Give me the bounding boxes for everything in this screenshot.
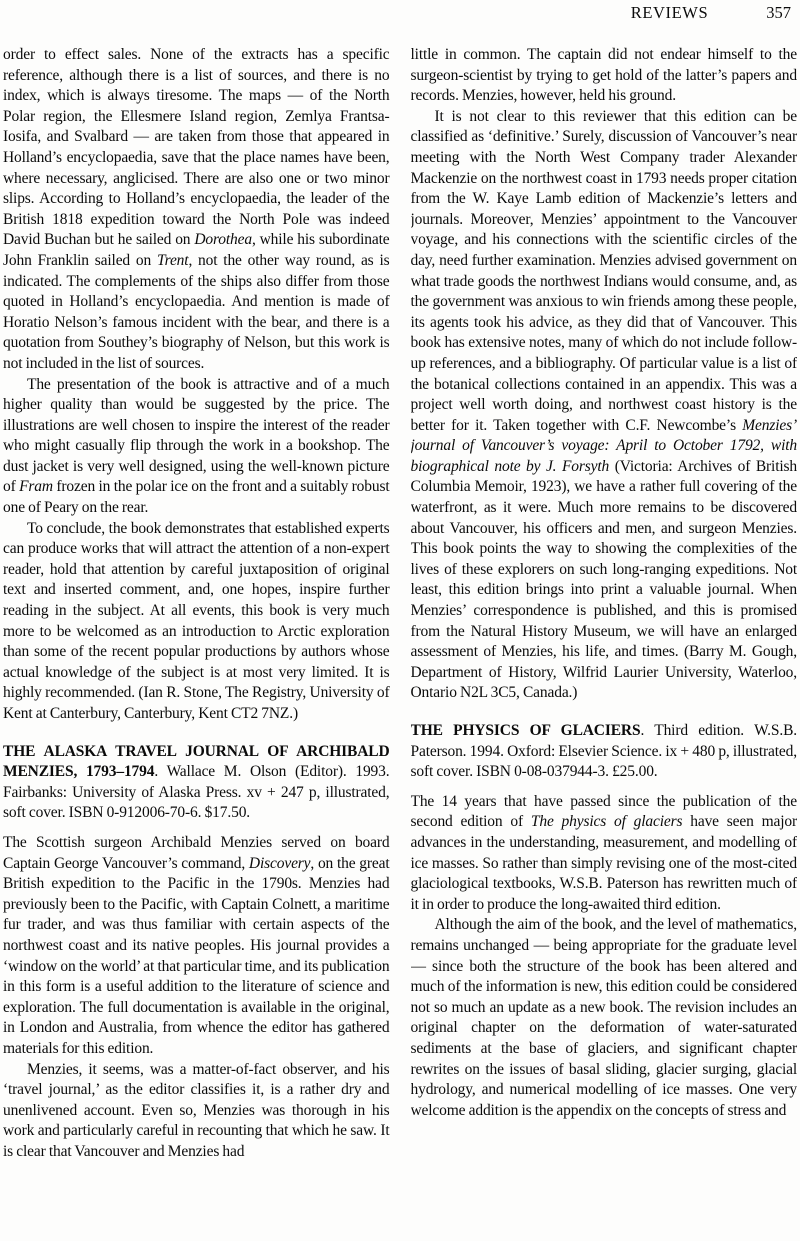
body-text: , not the other way round, as is indicat… — [3, 252, 390, 372]
review-paragraph: The 14 years that have passed since the … — [411, 792, 798, 916]
body-text: little in common. The captain did not en… — [411, 46, 798, 104]
book-citation: THE ALASKA TRAVEL JOURNAL OF ARCHIBALD M… — [3, 742, 390, 824]
body-text: order to effect sales. None of the extra… — [3, 46, 390, 248]
left-column: order to effect sales. None of the extra… — [3, 45, 390, 1241]
body-text: Although the aim of the book, and the le… — [411, 916, 798, 1118]
right-column: little in common. The captain did not en… — [411, 45, 798, 1241]
italic-text: Discovery — [249, 855, 310, 872]
review-paragraph: little in common. The captain did not en… — [411, 45, 798, 107]
body-text: (Victoria: Archives of British Columbia … — [411, 458, 798, 702]
review-paragraph: To conclude, the book demonstrates that … — [3, 519, 390, 725]
section-title: REVIEWS — [631, 3, 709, 23]
review-paragraph: Although the aim of the book, and the le… — [411, 915, 798, 1121]
running-head: REVIEWS 357 — [0, 3, 791, 23]
review-paragraph: The presentation of the book is attracti… — [3, 375, 390, 519]
review-paragraph: order to effect sales. None of the extra… — [3, 45, 390, 375]
body-text: , on the great British expedition to the… — [3, 855, 390, 1057]
body-text: Menzies, it seems, was a matter-of-fact … — [3, 1061, 390, 1160]
book-citation: THE PHYSICS OF GLACIERS. Third edition. … — [411, 721, 798, 783]
italic-text: Dorothea — [194, 231, 252, 248]
review-paragraph: Menzies, it seems, was a matter-of-fact … — [3, 1060, 390, 1163]
body-text: frozen in the polar ice on the front and… — [3, 478, 390, 516]
body-text: To conclude, the book demonstrates that … — [3, 520, 390, 722]
page-number: 357 — [766, 3, 791, 23]
italic-text: Fram — [19, 478, 53, 495]
review-paragraph: The Scottish surgeon Archibald Menzies s… — [3, 833, 390, 1060]
text-columns: order to effect sales. None of the extra… — [3, 45, 797, 1241]
italic-text: The physics of glaciers — [531, 813, 683, 830]
review-paragraph: It is not clear to this reviewer that th… — [411, 107, 798, 704]
body-text: It is not clear to this reviewer that th… — [411, 108, 798, 434]
journal-page: REVIEWS 357 order to effect sales. None … — [0, 0, 800, 1241]
bold-citation-title: THE PHYSICS OF GLACIERS — [411, 722, 641, 739]
italic-text: Trent — [157, 252, 188, 269]
